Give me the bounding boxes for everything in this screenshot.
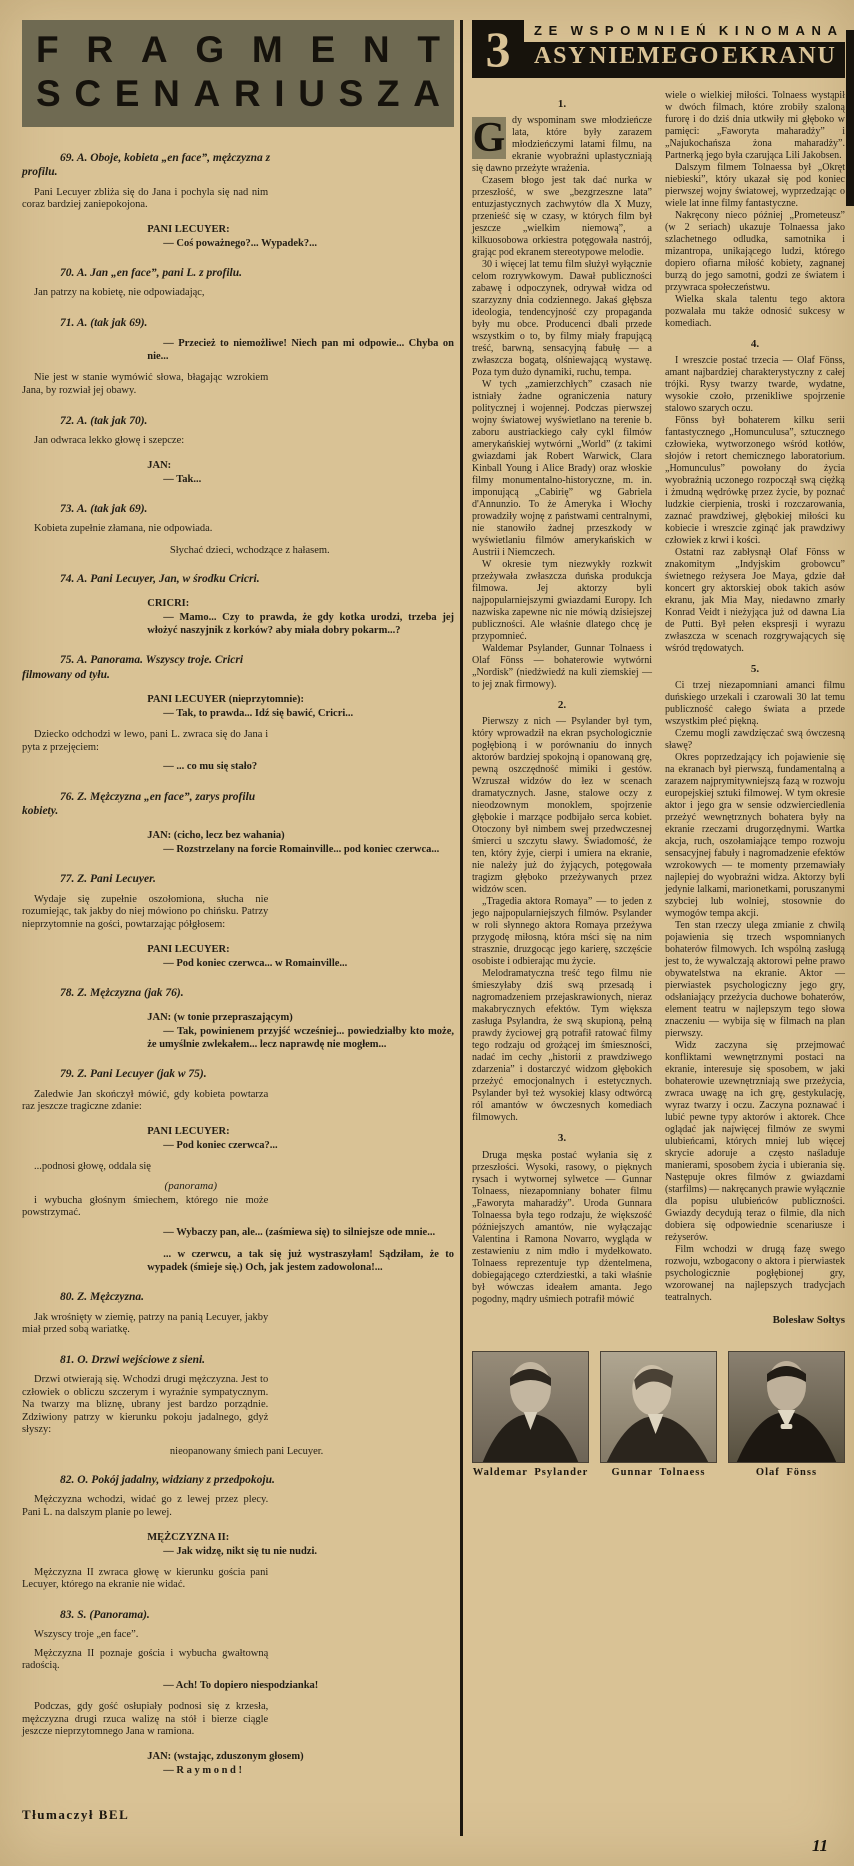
speaker-name: JAN: (w tonie przepraszającym) — [147, 1012, 454, 1023]
title-letter: Z — [377, 72, 400, 116]
page-columns: FRAGMENT SCENARIUSZA 69. A. Oboje, kobie… — [22, 20, 845, 1836]
dialogue-line: — Tak, powinienem przyjść wcześniej... p… — [147, 1025, 454, 1051]
title-letter: G — [679, 43, 698, 73]
scenario-text: 69. A. Oboje, kobieta „en face”, mężczyz… — [22, 151, 454, 1777]
title-letter: O — [761, 23, 771, 38]
speaker-name: CRICRI: — [147, 598, 454, 609]
section-number: 5. — [665, 663, 845, 676]
action-text: Jan patrzy na kobietę, nie odpowiadając, — [22, 287, 268, 300]
title-letter: O — [700, 43, 719, 73]
dialogue-line: — R a y m o n d ! — [147, 1764, 454, 1777]
action-text: Kobieta zupełnie złamana, nie odpowiada. — [22, 523, 268, 536]
stage-note: nieopanowany śmiech pani Lecuyer. — [156, 1446, 394, 1457]
article-paragraph: Pierwszy z nich — Psylander był tym, któ… — [472, 716, 652, 896]
dialogue-line: — Rozstrzelany na forcie Romainville... … — [147, 843, 454, 856]
scenario-title-line2: SCENARIUSZA — [36, 72, 440, 116]
dialogue-line: — Wybaczy pan, ale... (zaśmiewa się) to … — [147, 1226, 454, 1239]
title-letter: E — [549, 23, 558, 38]
title-letter: Z — [534, 23, 542, 38]
scene-heading: 79. Z. Pani Lecuyer (jak w 75). — [22, 1067, 290, 1081]
title-letter: M — [252, 28, 283, 72]
article-paragraph: Fönss był bohaterem kilku serii fantasty… — [665, 415, 845, 547]
article-paragraph: wiele o wielkiej miłości. Tolnaess wystą… — [665, 90, 845, 162]
speaker-name: PANI LECUYER: — [147, 1126, 454, 1137]
article-kicker: ZE WSPOMNIEŃ KINOMANA — [524, 20, 845, 42]
portrait-placeholder — [473, 1352, 588, 1462]
author-credit: Bolesław Sołtys — [665, 1314, 845, 1327]
article-paragraph: Ci trzej niezapomniani amanci filmu duńs… — [665, 680, 845, 728]
action-text: Podczas, gdy gość osłupiały podnosi się … — [22, 1701, 268, 1739]
photo-olaf-foenss — [728, 1351, 845, 1463]
article-paragraph: „Tragedia aktora Romaya” — to jeden z je… — [472, 896, 652, 968]
title-letter: M — [778, 23, 789, 38]
title-letter: U — [818, 43, 835, 73]
dialogue-line: — ... co mu się stało? — [147, 760, 454, 773]
scenario-section: FRAGMENT SCENARIUSZA 69. A. Oboje, kobie… — [22, 20, 460, 1836]
speaker-name: PANI LECUYER: — [147, 224, 454, 235]
title-letter: R — [86, 28, 113, 72]
section-number: 3. — [472, 1132, 652, 1145]
action-text: Mężczyzna II zwraca głowę w kierunku goś… — [22, 1567, 268, 1592]
action-text: Dziecko odchodzi w lewo, pani L. zwraca … — [22, 729, 268, 754]
scene-heading: 76. Z. Mężczyzna „en face”, zarys profil… — [22, 790, 290, 819]
dialogue-line: — Pod koniec czerwca... w Romainville... — [147, 957, 454, 970]
title-letter: A — [193, 72, 220, 116]
portrait-placeholder — [601, 1352, 716, 1462]
scene-heading: 78. Z. Mężczyzna (jak 76). — [22, 986, 290, 1000]
photo-caption: Waldemar Psylander — [472, 1467, 589, 1478]
scene-heading: 69. A. Oboje, kobieta „en face”, mężczyz… — [22, 151, 290, 180]
title-letter: N — [589, 43, 606, 73]
title-letter: S — [339, 72, 364, 116]
scene-heading: 72. A. (tak jak 70). — [22, 414, 290, 428]
stage-note: Słychać dzieci, wchodzące z hałasem. — [156, 545, 394, 556]
title-letter: E — [619, 43, 635, 73]
title-letter: S — [36, 72, 61, 116]
article-paragraph: Gdy wspominam swe młodzieńcze lata, któr… — [472, 115, 652, 175]
title-letter: N — [654, 23, 663, 38]
title-letter: I — [735, 23, 739, 38]
scene-heading: 74. A. Pani Lecuyer, Jan, w środku Cricr… — [22, 572, 290, 586]
title-letter: R — [760, 43, 777, 73]
portrait-placeholder — [729, 1352, 844, 1462]
speaker-name: PANI LECUYER (nieprzytomnie): — [147, 694, 454, 705]
article-paragraph: Druga męska postać wyłania się z przeszł… — [472, 1150, 652, 1306]
title-letter: A — [779, 43, 796, 73]
article-title: ASY NIEMEGO EKRANU — [524, 42, 845, 78]
action-text: Mężczyzna II poznaje gościa i wybucha gw… — [22, 1648, 268, 1673]
title-letter: N — [153, 72, 180, 116]
page-edge-mark — [846, 30, 854, 206]
title-letter: S — [553, 43, 566, 73]
drop-cap: G — [472, 117, 506, 159]
title-letter: E — [722, 43, 738, 73]
article-paragraph: Czasem błogo jest tak dać nurka w przesz… — [472, 175, 652, 259]
article-paragraph: Waldemar Psylander, Gunnar Tolnaess i Ol… — [472, 643, 652, 691]
photo-caption: Olaf Fönss — [728, 1467, 845, 1478]
title-letter: R — [234, 72, 261, 116]
scene-heading: 77. Z. Pani Lecuyer. — [22, 872, 290, 886]
photo-figure: Waldemar Psylander — [472, 1351, 589, 1478]
dialogue-line: — Tak, to prawda... Idź się bawić, Cricr… — [147, 707, 454, 720]
article-number: 3 — [472, 20, 524, 78]
title-letter: E — [115, 72, 140, 116]
title-letter: M — [637, 43, 660, 73]
action-text: Mężczyzna wchodzi, widać go z lewej prze… — [22, 1494, 268, 1519]
title-letter: F — [36, 28, 59, 72]
title-letter: N — [812, 23, 821, 38]
title-letter: K — [740, 43, 759, 73]
article-paragraph: Ten stan rzeczy ulega zmianie z chwilą p… — [665, 920, 845, 1040]
title-letter: A — [828, 23, 837, 38]
scene-heading: 81. O. Drzwi wejściowe z sieni. — [22, 1353, 290, 1367]
speaker-name: JAN: (cicho, lecz bez wahania) — [147, 830, 454, 841]
dialogue-line: ... w czerwcu, a tak się już wystraszyła… — [147, 1248, 454, 1274]
article-paragraph: Czemu mogli zawdzięczać swą ówczesną sła… — [665, 728, 845, 752]
article-column-1: 1.Gdy wspominam swe młodzieńcze lata, kt… — [472, 90, 652, 1339]
article-column-2: wiele o wielkiej miłości. Tolnaess wystą… — [665, 90, 845, 1339]
title-letter: Y — [568, 43, 585, 73]
article-paragraph: I wreszcie postać trzecia — Olaf Fönss, … — [665, 355, 845, 415]
title-letter: O — [620, 23, 630, 38]
title-letter: G — [195, 28, 224, 72]
speaker-name: JAN: (wstając, zduszonym głosem) — [147, 1751, 454, 1762]
scene-heading: 83. S. (Panorama). — [22, 1608, 290, 1622]
article-paragraph: Film wchodzi w drugą fazę swego rozwoju,… — [665, 1244, 845, 1304]
title-letter: C — [74, 72, 101, 116]
title-letter: E — [662, 43, 678, 73]
photos-row: Waldemar Psylander — [472, 1351, 845, 1478]
title-letter: W — [571, 23, 583, 38]
title-letter: A — [795, 23, 804, 38]
section-number: 1. — [472, 98, 652, 111]
magazine-page: FRAGMENT SCENARIUSZA 69. A. Oboje, kobie… — [0, 0, 854, 1866]
article-paragraph: Widz zaczyna się przejmować konfliktami … — [665, 1040, 845, 1244]
section-number: 2. — [472, 699, 652, 712]
title-letter: A — [141, 28, 168, 72]
page-number: 11 — [812, 1836, 828, 1856]
article-header-main: ZE WSPOMNIEŃ KINOMANA ASY NIEMEGO EKRANU — [524, 20, 845, 78]
title-letter: K — [719, 23, 728, 38]
action-text: Wydaje się zupełnie oszołomiona, słucha … — [22, 894, 268, 932]
action-text: Wszyscy troje „en face”. — [22, 1629, 268, 1642]
title-letter: M — [637, 23, 648, 38]
title-letter: I — [274, 72, 284, 116]
dialogue-line: — Mamo... Czy to prawda, że gdy kotka ur… — [147, 611, 454, 637]
dialogue-line: — Tak... — [147, 473, 454, 486]
title-letter: U — [298, 72, 325, 116]
dialogue-line: — Pod koniec czerwca?... — [147, 1139, 454, 1152]
article-paragraph: Melodramatyczna treść tego filmu nie śmi… — [472, 968, 652, 1124]
dialogue-line: — Coś poważnego?... Wypadek?... — [147, 237, 454, 250]
scene-heading: 73. A. (tak jak 69). — [22, 502, 290, 516]
article-paragraph: Okres poprzedzający ich pojawienie się n… — [665, 752, 845, 920]
article-header: 3 ZE WSPOMNIEŃ KINOMANA ASY NIEMEGO EKRA… — [472, 20, 845, 78]
article-paragraph: Ostatni raz zabłysnął Olaf Fönss w znako… — [665, 547, 845, 655]
title-letter: E — [681, 23, 690, 38]
title-letter: E — [310, 28, 335, 72]
title-letter: N — [363, 28, 390, 72]
action-text: Nie jest w stanie wymówić słowa, błagają… — [22, 372, 268, 397]
translator-credit: Tłumaczył BEL — [22, 1807, 454, 1823]
speaker-name: JAN: — [147, 460, 454, 471]
scenario-title-line1: FRAGMENT — [36, 28, 440, 72]
title-letter: A — [413, 72, 440, 116]
scene-heading: 71. A. (tak jak 69). — [22, 316, 290, 330]
title-letter: T — [417, 28, 440, 72]
speaker-name: MĘŻCZYZNA II: — [147, 1532, 454, 1543]
title-letter: Ń — [696, 23, 705, 38]
action-text: Drzwi otwierają się. Wchodzi drugi mężcz… — [22, 1374, 268, 1437]
title-letter: N — [798, 43, 815, 73]
article-section: 3 ZE WSPOMNIEŃ KINOMANA ASY NIEMEGO EKRA… — [460, 20, 845, 1836]
scene-heading: 80. Z. Mężczyzna. — [22, 1290, 290, 1304]
photo-figure: Gunnar Tolnaess — [600, 1351, 717, 1478]
photo-caption: Gunnar Tolnaess — [600, 1467, 717, 1478]
photo-gunnar-tolnaess — [600, 1351, 717, 1463]
article-paragraph: W tych „zamierzchłych” czasach nie istni… — [472, 379, 652, 559]
article-paragraph: 30 i więcej lat temu film służył wyłączn… — [472, 259, 652, 379]
scenario-title-block: FRAGMENT SCENARIUSZA — [22, 20, 454, 127]
action-text: Jak wrośnięty w ziemię, patrzy na panią … — [22, 1312, 268, 1337]
title-letter: A — [534, 43, 551, 73]
speaker-name: PANI LECUYER: — [147, 944, 454, 955]
title-letter: N — [745, 23, 754, 38]
action-text: Zaledwie Jan skończył mówić, gdy kobieta… — [22, 1089, 268, 1114]
scene-heading: 82. O. Pokój jadalny, widziany z przedpo… — [22, 1473, 290, 1487]
article-paragraph: Dalszym filmem Tolnaessa był „Okręt nieb… — [665, 162, 845, 210]
article-paragraph: Nakręcony nieco później „Prometeusz” (w … — [665, 210, 845, 294]
dialogue-line: — Ach! To dopiero niespodzianka! — [147, 1679, 454, 1692]
dialogue-line: — Jak widzę, nikt się tu nie nudzi. — [147, 1545, 454, 1558]
action-text: Pani Lecuyer zbliża się do Jana i pochyl… — [22, 187, 268, 212]
section-number: 4. — [665, 338, 845, 351]
scene-heading: 70. A. Jan „en face”, pani L. z profilu. — [22, 266, 290, 280]
action-text: ...podnosi głowę, oddala się — [22, 1161, 268, 1174]
photo-figure: Olaf Fönss — [728, 1351, 845, 1478]
title-letter: I — [671, 23, 675, 38]
dialogue-line: — Przecież to niemożliwe! Niech pan mi o… — [147, 337, 454, 363]
article-paragraph: W okresie tym niezwykły rozkwit przeżywa… — [472, 559, 652, 643]
title-letter: S — [590, 23, 599, 38]
article-paragraph: Wielka skala talentu tego aktora pozwala… — [665, 294, 845, 330]
scene-heading: 75. A. Panorama. Wszyscy troje. Cricri f… — [22, 653, 290, 682]
article-body: 1.Gdy wspominam swe młodzieńcze lata, kt… — [472, 90, 845, 1339]
panorama-note: (panorama) — [165, 1180, 454, 1192]
title-letter: I — [608, 43, 617, 73]
action-text: Jan odwraca lekko głowę i szepcze: — [22, 435, 268, 448]
title-letter: P — [605, 23, 614, 38]
action-text: i wybucha głośnym śmiechem, którego nie … — [22, 1195, 268, 1220]
photo-waldemar-psylander — [472, 1351, 589, 1463]
